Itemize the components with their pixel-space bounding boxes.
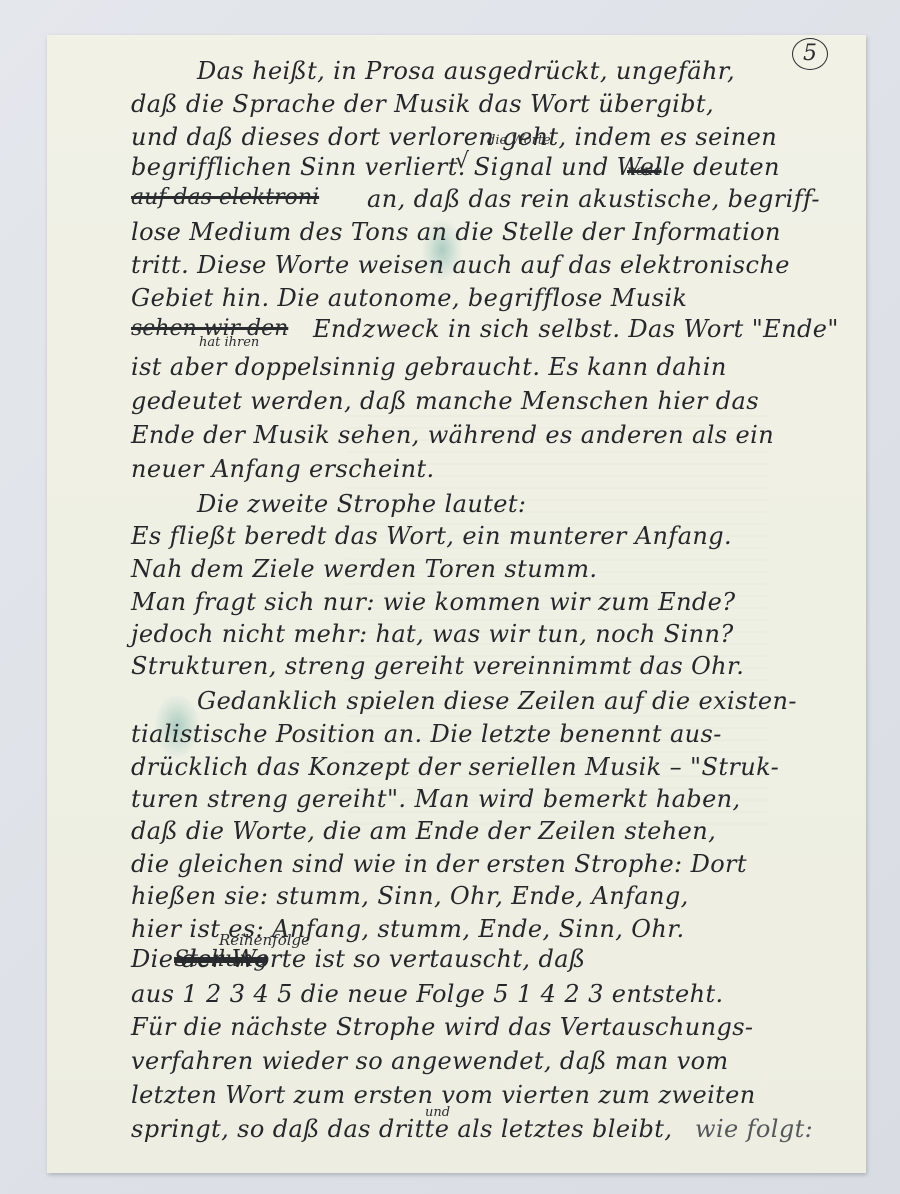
pencil-addition: wie folgt:	[695, 1115, 813, 1143]
manuscript-page: 5 Das heißt, in Prosa ausgedrückt, ungef…	[47, 35, 866, 1173]
manuscript-line: Die der Worte ist so vertauscht, daß	[131, 945, 585, 973]
manuscript-line: ist aber doppelsinnig gebraucht. Es kann…	[131, 353, 727, 381]
poem-line: Nah dem Ziele werden Toren stumm.	[131, 555, 597, 583]
manuscript-line: Für die nächste Strophe wird das Vertaus…	[131, 1013, 753, 1041]
manuscript-line: lose Medium des Tons an die Stelle der I…	[131, 218, 781, 246]
poem-line: Es fließt beredt das Wort, ein munterer …	[131, 522, 732, 550]
manuscript-line: drücklich das Konzept der seriellen Musi…	[131, 753, 779, 781]
manuscript-line: Gedanklich spielen diese Zeilen auf die …	[197, 687, 797, 715]
poem-line: jedoch nicht mehr: hat, was wir tun, noc…	[131, 620, 734, 648]
poem-line: Strukturen, streng gereiht vereinnimmt d…	[131, 652, 744, 680]
manuscript-line: aus 1 2 3 4 5 die neue Folge 5 1 4 2 3 e…	[131, 980, 724, 1008]
manuscript-line: die gleichen sind wie in der ersten Stro…	[131, 850, 747, 878]
page-number: 5	[792, 38, 828, 70]
manuscript-line: turen streng gereiht". Man wird bemerkt …	[131, 785, 741, 813]
manuscript-line: und daß dieses dort verloren geht, indem…	[131, 123, 777, 151]
manuscript-line: Die zweite Strophe lautet:	[197, 490, 526, 518]
manuscript-line: hier ist es: Anfang, stumm, Ende, Sinn, …	[131, 915, 684, 943]
manuscript-line: an, daß das rein akustische, begriff-	[367, 185, 820, 213]
manuscript-line: Endzweck in sich selbst. Das Wort "Ende"	[313, 315, 839, 343]
insertion-mark-icon: √	[455, 149, 469, 174]
manuscript-line: Das heißt, in Prosa ausgedrückt, ungefäh…	[197, 57, 735, 85]
manuscript-line: Gebiet hin. Die autonome, begrifflose Mu…	[131, 284, 687, 312]
manuscript-line: neuer Anfang erscheint.	[131, 455, 435, 483]
manuscript-line: gedeutet werden, daß manche Menschen hie…	[131, 387, 759, 415]
manuscript-line: springt, so daß das dritte als letztes b…	[131, 1115, 672, 1143]
manuscript-line: tialistische Position an. Die letzte ben…	[131, 720, 722, 748]
struck-text: auf das elektroni	[131, 185, 319, 210]
poem-line: Man fragt sich nur: wie kommen wir zum E…	[131, 588, 736, 616]
interlinear-insertion: die Worte	[487, 133, 551, 148]
manuscript-line: hießen sie: stumm, Sinn, Ohr, Ende, Anfa…	[131, 882, 689, 910]
interlinear-insertion: hat ihren	[199, 335, 259, 350]
manuscript-line: daß die Sprache der Musik das Wort überg…	[131, 90, 714, 118]
manuscript-line: Ende der Musik sehen, während es anderen…	[131, 421, 774, 449]
manuscript-line: daß die Worte, die am Ende der Zeilen st…	[131, 817, 716, 845]
manuscript-line: verfahren wieder so angewendet, daß man …	[131, 1047, 729, 1075]
manuscript-line: tritt. Diese Worte weisen auch auf das e…	[131, 251, 790, 279]
struck-text: neue	[627, 163, 662, 179]
